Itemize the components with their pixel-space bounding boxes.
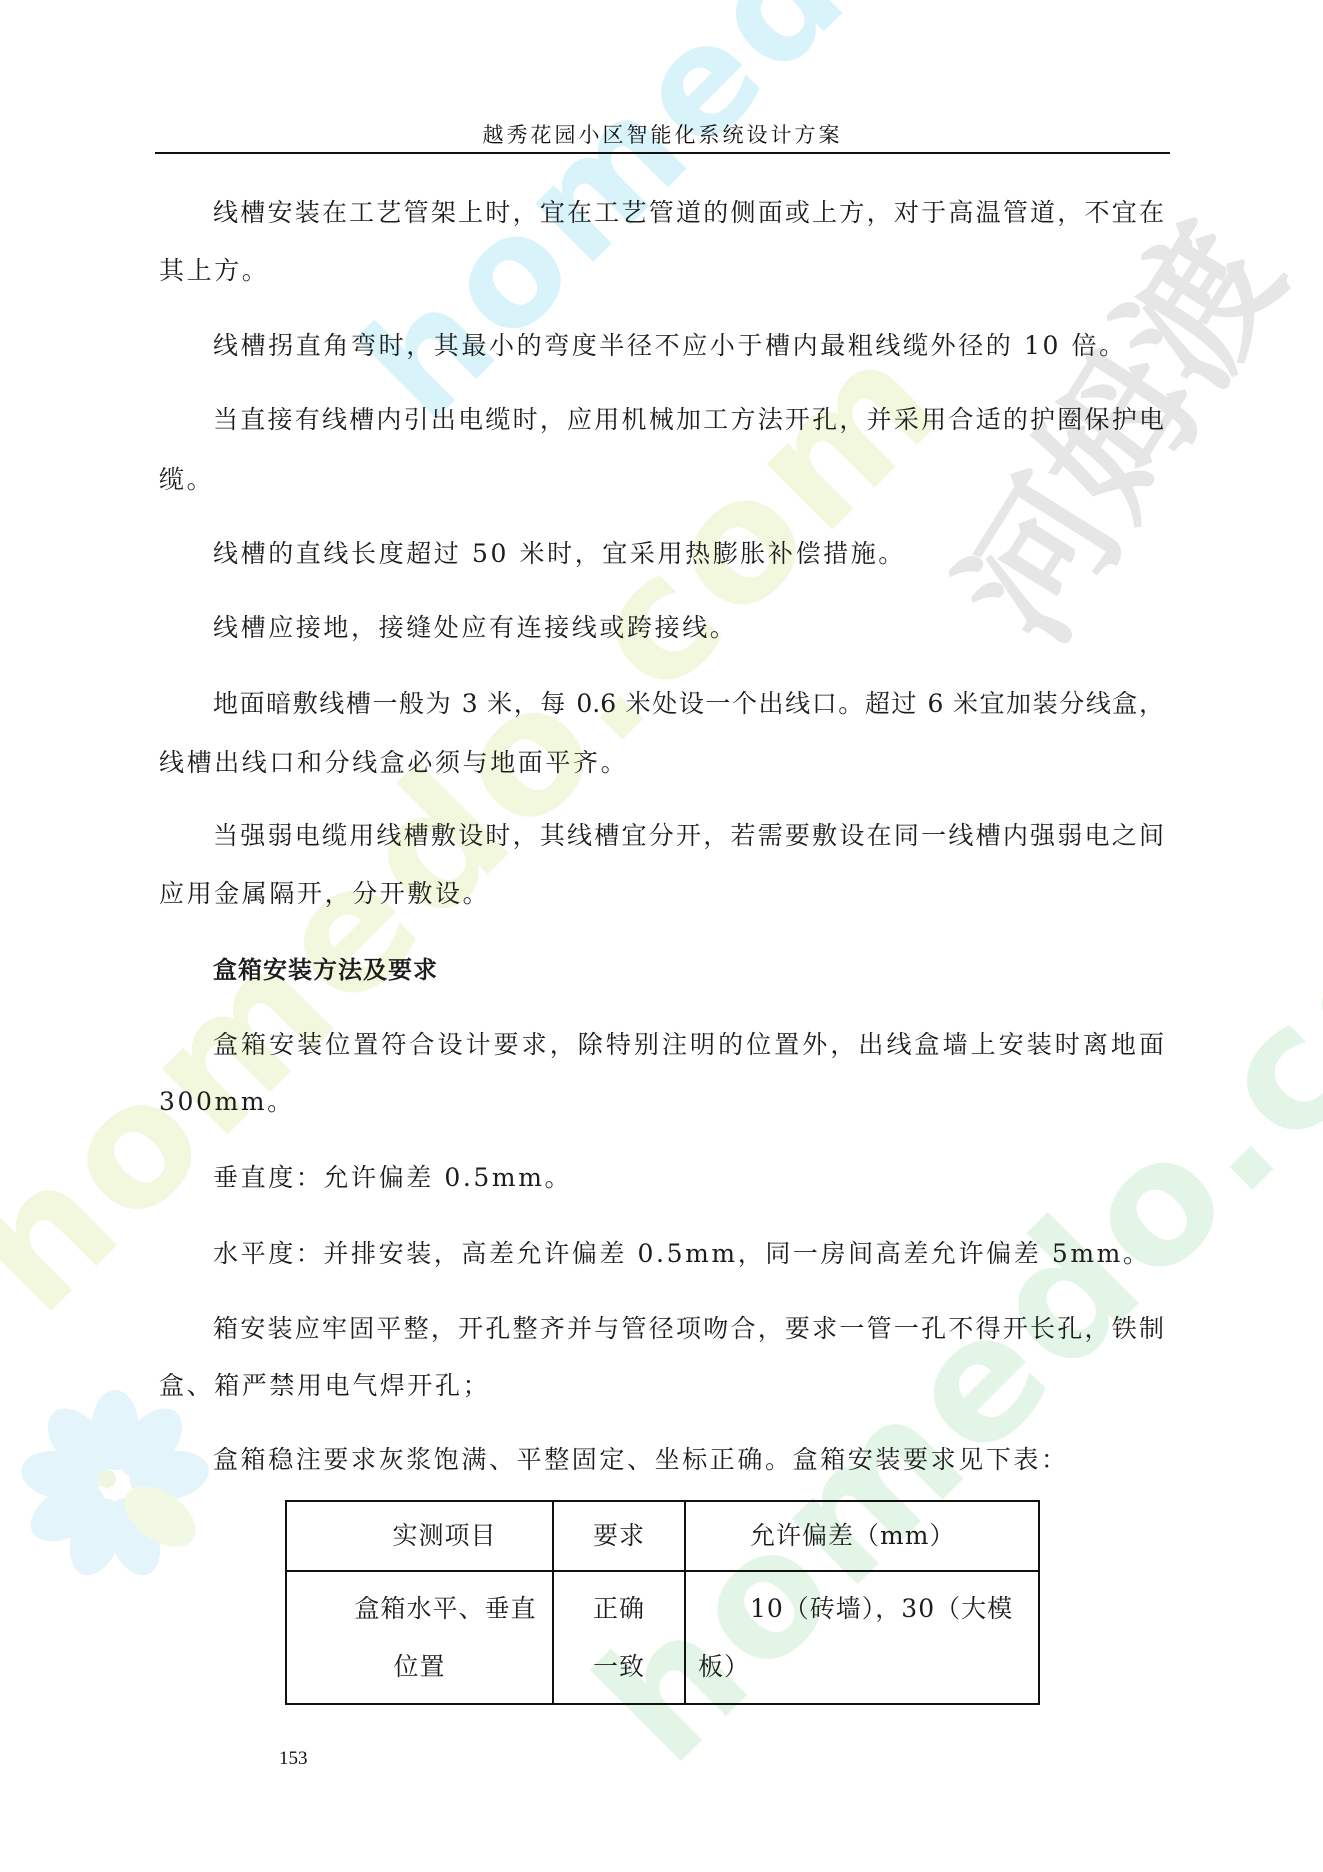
table-cell-line: 位置 bbox=[287, 1638, 552, 1696]
table-cell-line: 一致 bbox=[554, 1638, 684, 1696]
paragraph-line: 线槽的直线长度超过 50 米时，宜采用热膨胀补偿措施。 bbox=[213, 534, 1164, 574]
header-rule bbox=[155, 152, 1170, 154]
table-cell-requirement: 正确 一致 bbox=[553, 1571, 685, 1704]
paragraph-line: 线槽应接地，接缝处应有连接线或跨接线。 bbox=[213, 608, 1164, 648]
paragraph-line: 盒箱安装位置符合设计要求，除特别注明的位置外，出线盒墙上安装时离地面 bbox=[213, 1025, 1164, 1065]
paragraph-line: 垂直度：允许偏差 0.5mm。 bbox=[213, 1158, 1164, 1198]
paragraph-line: 盒箱稳注要求灰浆饱满、平整固定、坐标正确。盒箱安装要求见下表： bbox=[213, 1440, 1164, 1480]
paragraph-line: 地面暗敷线槽一般为 3 米，每 0.6 米处设一个出线口。超过 6 米宜加装分线… bbox=[213, 684, 1164, 724]
document-page: 越秀花园小区智能化系统设计方案 线槽安装在工艺管架上时，宜在工艺管道的侧面或上方… bbox=[0, 0, 1323, 1872]
paragraph-line: 线槽出线口和分线盒必须与地面平齐。 bbox=[159, 743, 1164, 783]
table-cell-line: 10（砖墙），30（大模 bbox=[750, 1594, 1013, 1623]
table-header-cell: 要求 bbox=[553, 1501, 685, 1571]
box-installation-table: 实测项目 要求 允许偏差（mm） 盒箱水平、垂直 位置 正确 一致 10（砖墙）… bbox=[285, 1500, 1040, 1705]
table-cell-item: 盒箱水平、垂直 位置 bbox=[286, 1571, 553, 1704]
paragraph-line: 应用金属隔开，分开敷设。 bbox=[159, 874, 1164, 914]
paragraph-line: 当直接有线槽内引出电缆时，应用机械加工方法开孔，并采用合适的护圈保护电 bbox=[213, 400, 1164, 440]
table-header-cell: 允许偏差（mm） bbox=[685, 1501, 1039, 1571]
paragraph-line: 缆。 bbox=[159, 460, 1164, 500]
table-cell-line: 板） bbox=[698, 1638, 1038, 1696]
running-header-title: 越秀花园小区智能化系统设计方案 bbox=[155, 120, 1170, 150]
paragraph-line: 当强弱电缆用线槽敷设时，其线槽宜分开，若需要敷设在同一线槽内强弱电之间 bbox=[213, 816, 1164, 856]
table-cell-line-wrap: 10（砖墙），30（大模 bbox=[698, 1580, 1038, 1638]
table-header-cell: 实测项目 bbox=[286, 1501, 553, 1571]
paragraph-line: 水平度：并排安装，高差允许偏差 0.5mm，同一房间高差允许偏差 5mm。 bbox=[213, 1234, 1164, 1274]
table-row: 盒箱水平、垂直 位置 正确 一致 10（砖墙），30（大模 板） bbox=[286, 1571, 1039, 1704]
paragraph-line: 线槽安装在工艺管架上时，宜在工艺管道的侧面或上方，对于高温管道，不宜在 bbox=[213, 193, 1164, 233]
paragraph-line: 其上方。 bbox=[159, 251, 1164, 291]
paragraph-line: 300mm。 bbox=[159, 1082, 1164, 1122]
table-cell-line: 正确 bbox=[554, 1580, 684, 1638]
paragraph-line: 箱安装应牢固平整，开孔整齐并与管径项吻合，要求一管一孔不得开长孔，铁制 bbox=[213, 1309, 1164, 1349]
paragraph-line: 盒、箱严禁用电气焊开孔； bbox=[159, 1366, 1164, 1406]
paragraph-line: 线槽拐直角弯时，其最小的弯度半径不应小于槽内最粗线缆外径的 10 倍。 bbox=[213, 326, 1164, 366]
section-heading: 盒箱安装方法及要求 bbox=[213, 950, 1164, 990]
page-number: 153 bbox=[279, 1746, 308, 1772]
table-header-text: 允许偏差（mm） bbox=[750, 1521, 955, 1550]
table-header-row: 实测项目 要求 允许偏差（mm） bbox=[286, 1501, 1039, 1571]
table-cell-tolerance: 10（砖墙），30（大模 板） bbox=[685, 1571, 1039, 1704]
table-cell-line: 盒箱水平、垂直 bbox=[287, 1580, 552, 1638]
